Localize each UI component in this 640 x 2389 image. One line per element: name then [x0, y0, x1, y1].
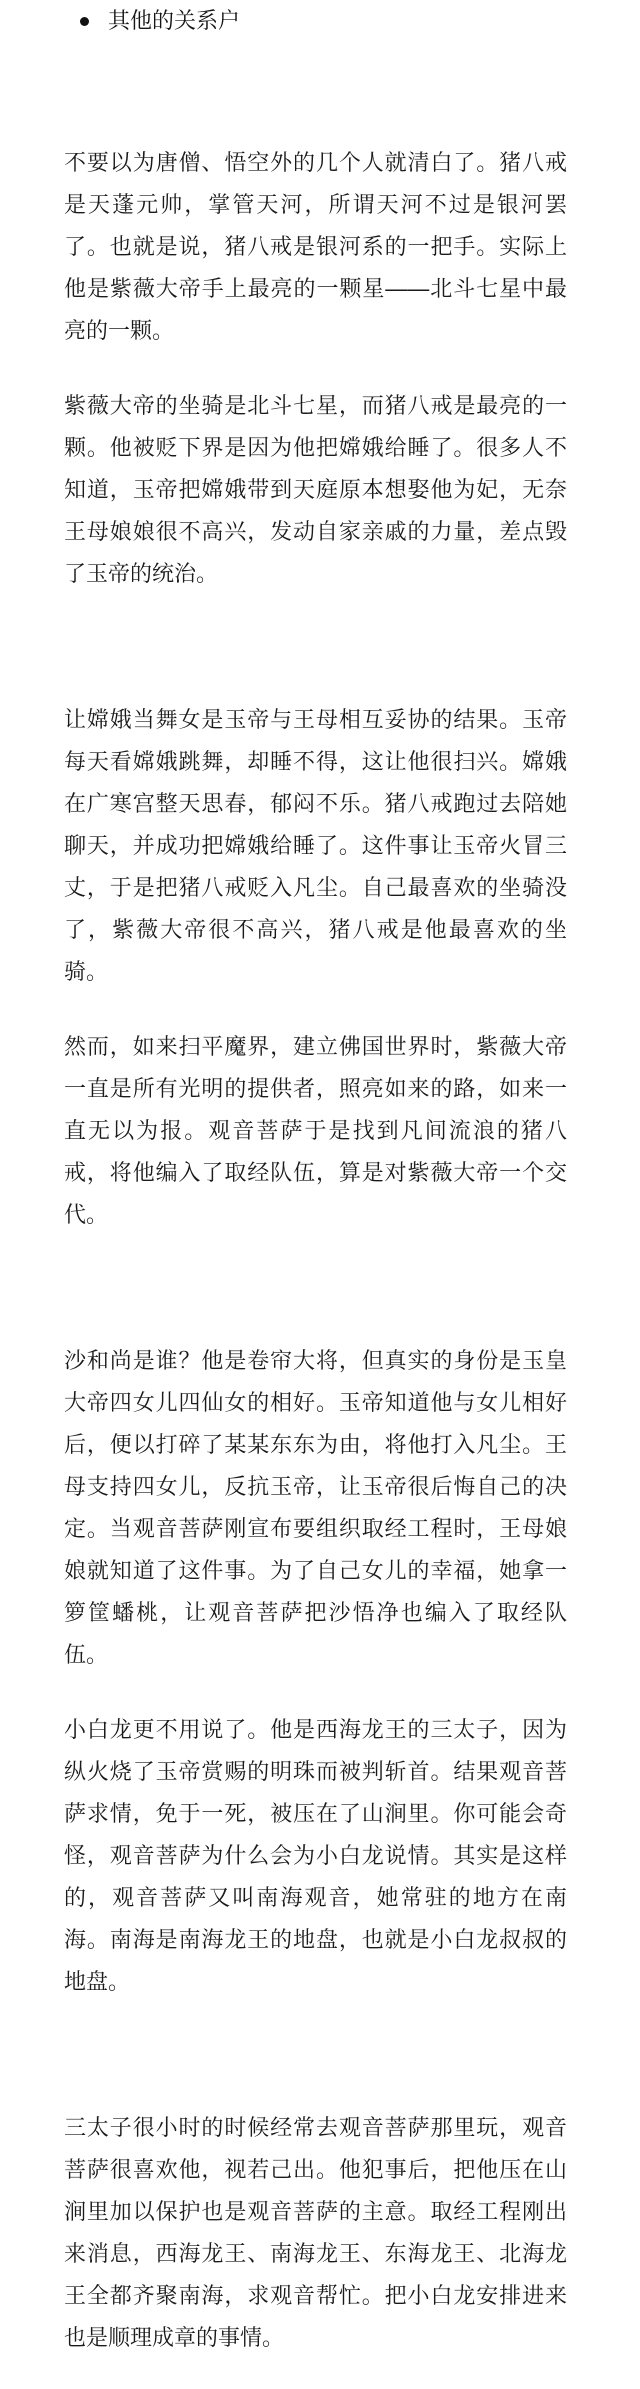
article-paragraph: 三太子很小时的时候经常去观音菩萨那里玩，观音菩萨很喜欢他，视若己出。他犯事后，把…: [64, 2107, 567, 2359]
article-paragraph: 紫薇大帝的坐骑是北斗七星，而猪八戒是最亮的一颗。他被贬下界是因为他把嫦娥给睡了。…: [64, 385, 567, 595]
article-paragraph: 小白龙更不用说了。他是西海龙王的三太子，因为纵火烧了玉帝赏赐的明珠而被判斩首。结…: [64, 1709, 567, 2003]
article-paragraph: 不要以为唐僧、悟空外的几个人就清白了。猪八戒是天蓬元帅，掌管天河，所谓天河不过是…: [64, 142, 567, 352]
article-page: 其他的关系户 不要以为唐僧、悟空外的几个人就清白了。猪八戒是天蓬元帅，掌管天河，…: [0, 0, 640, 2388]
list-item: 其他的关系户: [64, 0, 567, 42]
article-paragraph: 让嫦娥当舞女是玉帝与王母相互妥协的结果。玉帝每天看嫦娥跳舞，却睡不得，这让他很扫…: [64, 699, 567, 993]
list-item-label: 其他的关系户: [108, 0, 240, 42]
bullet-dot-icon: [80, 17, 89, 26]
article-paragraph: 沙和尚是谁？他是卷帘大将，但真实的身份是玉皇大帝四女儿四仙女的相好。玉帝知道他与…: [64, 1340, 567, 1676]
article-paragraph: 然而，如来扫平魔界，建立佛国世界时，紫薇大帝一直是所有光明的提供者，照亮如来的路…: [64, 1026, 567, 1236]
